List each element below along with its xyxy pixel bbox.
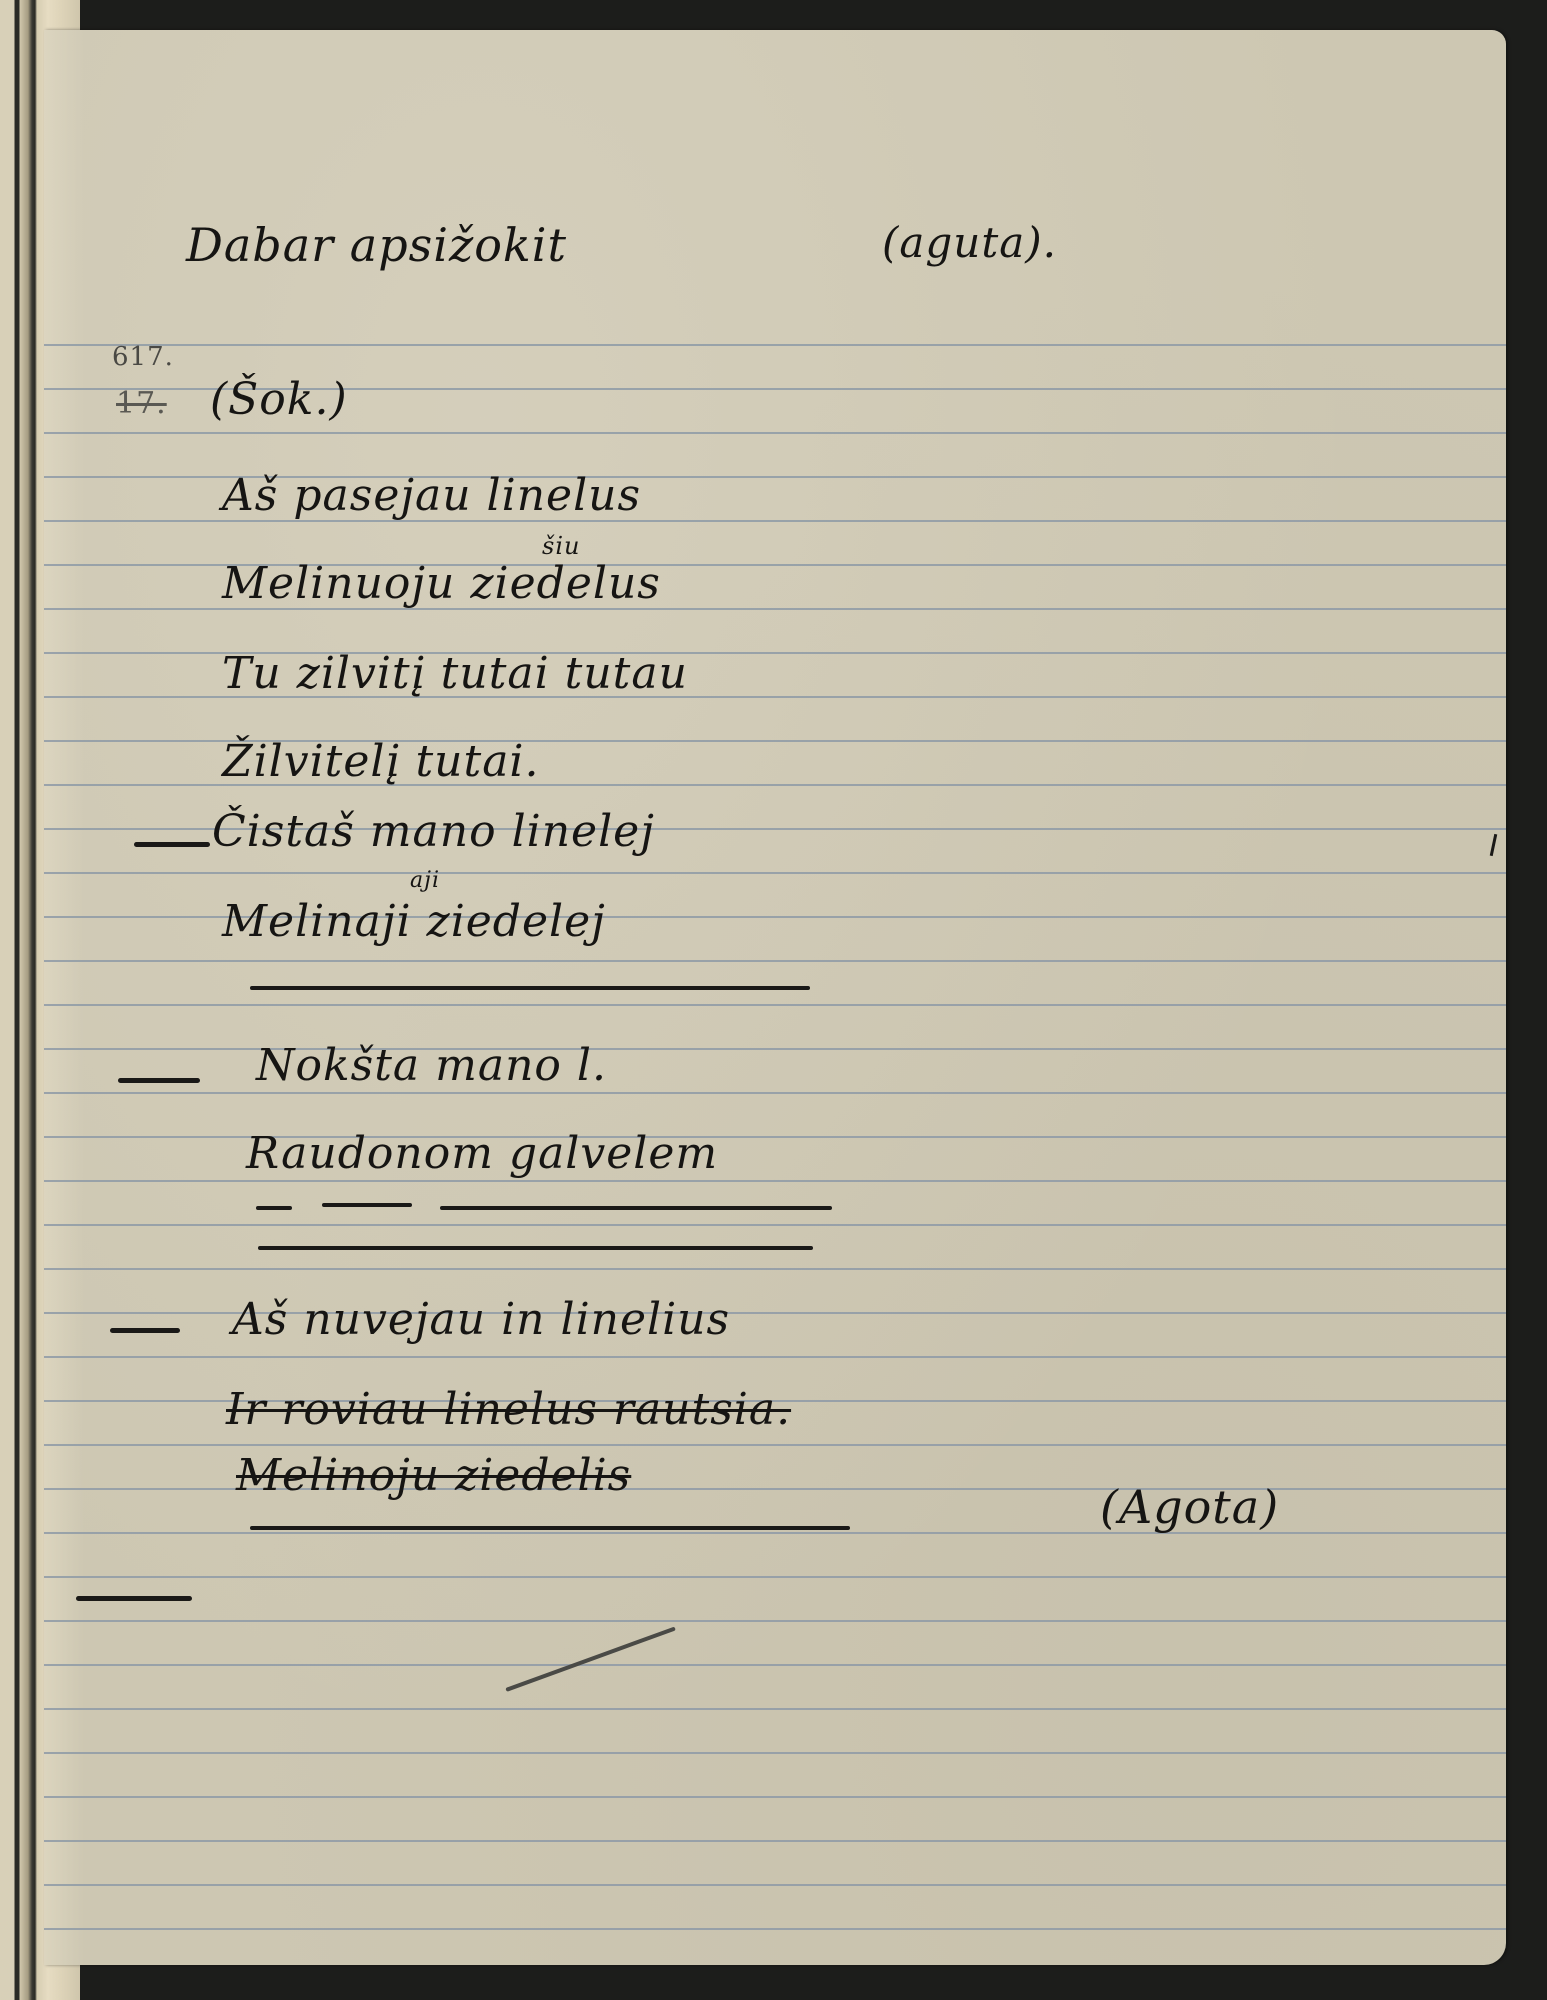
verse-line-struck: Ir roviau linelus rautsia.	[226, 1384, 791, 1435]
notebook-page	[44, 30, 1506, 1965]
verse-line: Aš nuvejau in linelius	[232, 1294, 730, 1345]
title-annotation: (aguta).	[882, 218, 1057, 267]
interlinear-correction: šiu	[542, 532, 580, 560]
verse-line: Tu zilvitį tutai tutau	[222, 648, 688, 699]
stanza-divider	[440, 1206, 832, 1210]
verse-line: Nokšta mano l.	[256, 1040, 607, 1091]
verse-line: Žilvitelį tutai.	[222, 736, 540, 787]
stanza-divider	[256, 1206, 292, 1210]
stanza-dash	[110, 1328, 180, 1333]
interlinear-correction: aji	[410, 868, 440, 893]
signature-annotation: (Agota)	[1100, 1480, 1279, 1534]
stanza-divider	[258, 1246, 813, 1250]
verse-line: Melinaji ziedelej	[222, 896, 606, 947]
verse-line: Čistaš mano linelej	[212, 806, 655, 857]
verse-line: Aš pasejau linelus	[222, 470, 641, 521]
verse-line-struck: Melinoju ziedelis	[236, 1450, 631, 1501]
trailing-dash	[76, 1596, 192, 1601]
verse-line: Raudonom galvelem	[246, 1128, 718, 1179]
verse-line: Melinuoju ziedelus	[222, 558, 661, 609]
page-title: Dabar apsižokit	[186, 218, 567, 272]
stanza-divider	[250, 1526, 850, 1530]
margin-number: 617.	[112, 342, 174, 372]
stanza-dash	[118, 1078, 200, 1083]
margin-number-crossed: 17.	[116, 386, 167, 421]
ruled-lines	[44, 302, 1506, 1932]
stanza-dash	[134, 842, 210, 847]
stanza-divider	[250, 986, 810, 990]
stanza-divider	[322, 1203, 412, 1207]
source-label: (Šok.)	[210, 374, 348, 425]
